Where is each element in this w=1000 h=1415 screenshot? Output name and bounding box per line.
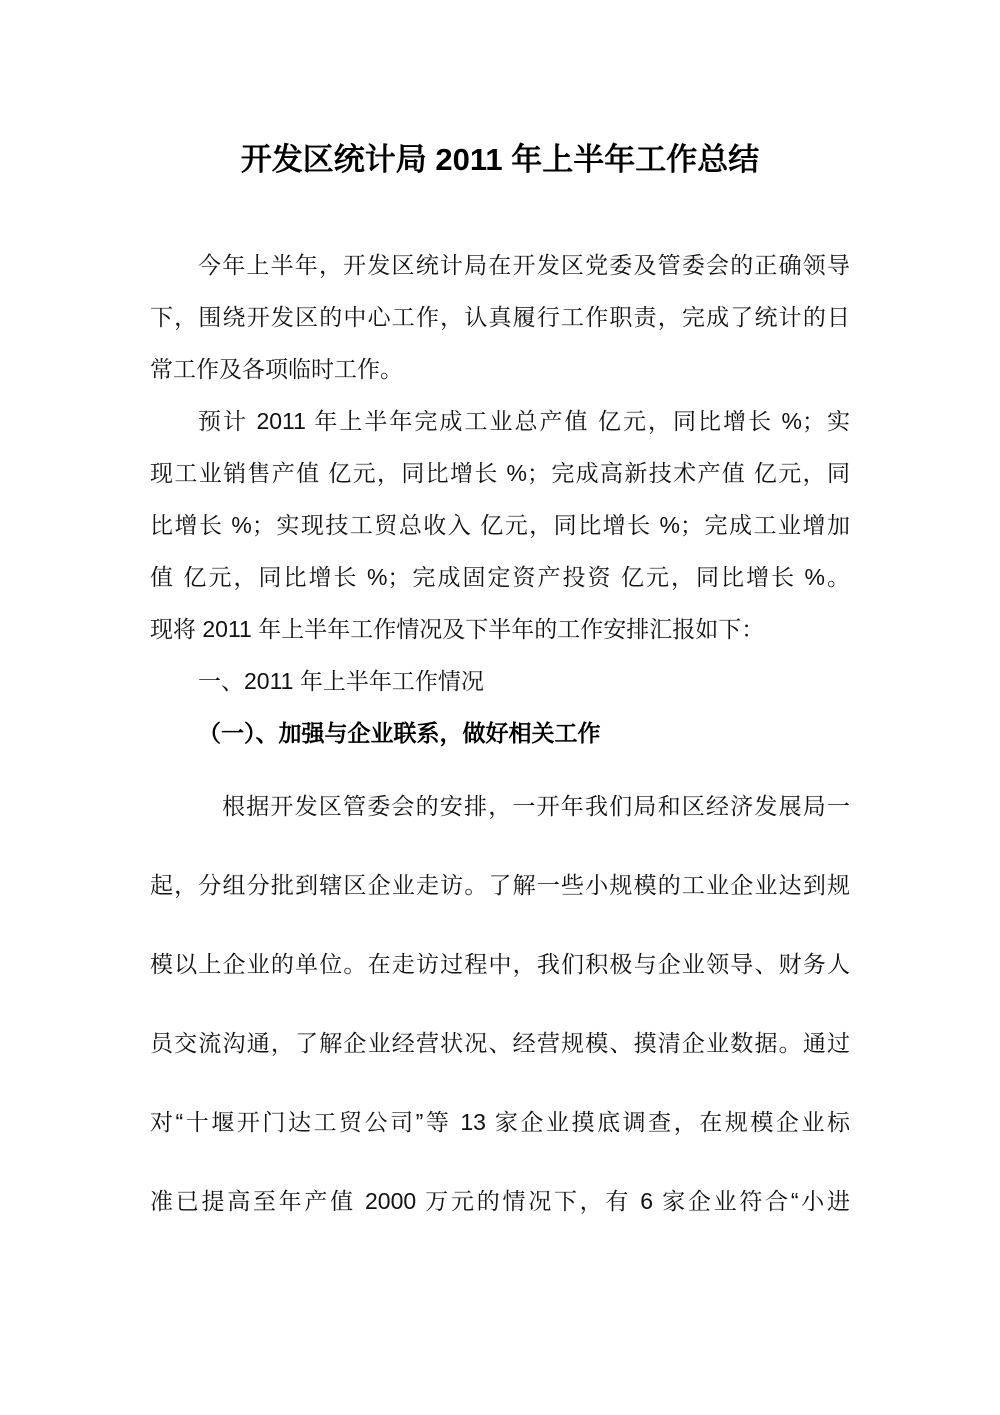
document-title: 开发区统计局 2011 年上半年工作总结 xyxy=(150,142,850,178)
paragraph-intro: 今年上半年，开发区统计局在开发区党委及管委会的正确领导 下，围绕开发区的中心工作… xyxy=(150,239,850,395)
text-line: 起，分组分批到辖区企业走访。了解一些小规模的工业企业达到规 xyxy=(150,846,850,925)
document-page: 开发区统计局 2011 年上半年工作总结 今年上半年，开发区统计局在开发区党委及… xyxy=(0,0,1000,1415)
text-line: 值 亿元，同比增长 %；完成固定资产投资 亿元，同比增长 %。 xyxy=(150,551,850,603)
text-line: 现将 2011 年上半年工作情况及下半年的工作安排汇报如下： xyxy=(150,603,850,655)
text-line: 准已提高至年产值 2000 万元的情况下，有 6 家企业符合“小进 xyxy=(150,1162,850,1241)
text-line: 根据开发区管委会的安排，一开年我们局和区经济发展局一 xyxy=(150,767,850,846)
sub-heading-enterprise-liaison: （一）、加强与企业联系，做好相关工作 xyxy=(150,707,850,759)
text-line: 下，围绕开发区的中心工作，认真履行工作职责，完成了统计的日 xyxy=(150,291,850,343)
text-line: 现工业销售产值 亿元，同比增长 %；完成高新技术产值 亿元，同 xyxy=(150,447,850,499)
paragraph-enterprise-visits: 根据开发区管委会的安排，一开年我们局和区经济发展局一 起，分组分批到辖区企业走访… xyxy=(150,767,850,1241)
text-line: 模以上企业的单位。在走访过程中，我们积极与企业领导、财务人 xyxy=(150,925,850,1004)
paragraph-forecast: 预计 2011 年上半年完成工业总产值 亿元，同比增长 %；实 现工业销售产值 … xyxy=(150,395,850,655)
text-line: 常工作及各项临时工作。 xyxy=(150,343,850,395)
text-line: 预计 2011 年上半年完成工业总产值 亿元，同比增长 %；实 xyxy=(150,395,850,447)
text-line: 对“十堰开门达工贸公司”等 13 家企业摸底调查，在规模企业标 xyxy=(150,1083,850,1162)
section-heading-first-half-work: 一、2011 年上半年工作情况 xyxy=(150,655,850,707)
document-content: 开发区统计局 2011 年上半年工作总结 今年上半年，开发区统计局在开发区党委及… xyxy=(150,0,850,1241)
text-line: 比增长 %；实现技工贸总收入 亿元，同比增长 %；完成工业增加 xyxy=(150,499,850,551)
text-line: 今年上半年，开发区统计局在开发区党委及管委会的正确领导 xyxy=(150,239,850,291)
text-line: 员交流沟通，了解企业经营状况、经营规模、摸清企业数据。通过 xyxy=(150,1004,850,1083)
